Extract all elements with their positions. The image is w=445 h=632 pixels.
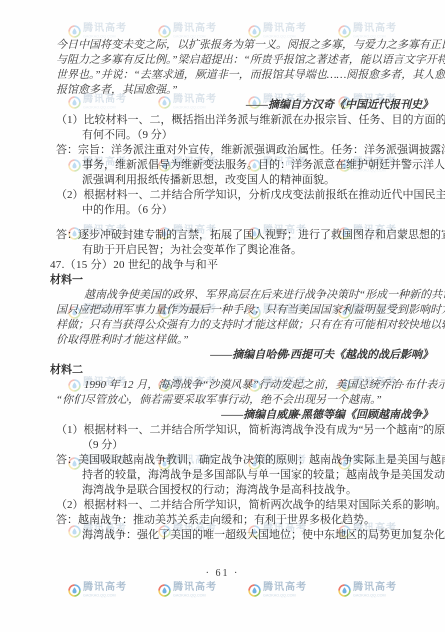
watermark: 腾讯高考 GAOKAO.QQ.COM xyxy=(158,583,226,600)
watermark: 腾讯高考 GAOKAO.QQ.COM xyxy=(248,583,316,600)
text-line: （1）根据材料一、二并结合所学知识，简析海湾战争没有成为“另一个越南”的原因。 xyxy=(56,423,435,438)
text-line: 事务，维新派倡导为维新变法服务。目的：洋务派意在维护朝廷并警示洋人，维新 xyxy=(82,158,435,173)
text-line: 答：美国吸取越南战争教训，确定战争决策的原则；越南战争实际上是美国与越南及其支 xyxy=(56,453,435,468)
text-line: 1990 年 12 月，海湾战争“沙漠风暴”行动发起之前，美国总统乔治·布什表示… xyxy=(84,378,435,393)
tencent-gaokao-logo-icon xyxy=(68,584,81,597)
watermark-domain: GAOKAO.QQ.COM xyxy=(353,594,386,598)
text-line: 报馆愈多者，其国愈强。” xyxy=(56,83,435,98)
text-line: 世界也。”并说：“去塞求通，厥道非一，而报馆其导端也……阅报愈多者，其人愈智； xyxy=(56,68,435,83)
watermark: 腾讯高考 GAOKAO.QQ.COM xyxy=(338,583,406,600)
watermark-brand: 腾讯高考 xyxy=(263,583,316,593)
tencent-gaokao-logo-icon xyxy=(248,584,261,597)
text-line: （9 分） xyxy=(82,438,435,453)
text-line: 今日中国将变未变之际，以扩张报务为第一义。阅报之多寡，与爱力之多寡有正比例； xyxy=(56,38,435,53)
watermark-domain: GAOKAO.QQ.COM xyxy=(173,594,206,598)
text-line: 持者的较量，海湾战争是多国部队与单一国家的较量；越南战争是美国发动的战争， xyxy=(82,468,435,483)
text-line: （2）根据材料一、二并结合所学知识，简析两次战争的结果对国际关系的影响。（6 分… xyxy=(56,498,435,513)
text-line: 47.（15 分）20 世纪的战争与和平 xyxy=(50,258,435,273)
watermark-domain: GAOKAO.QQ.COM xyxy=(263,594,296,598)
text-line: 材料一 xyxy=(50,273,435,288)
page-number: · 61 · xyxy=(0,568,445,579)
document-page: 腾讯高考 GAOKAO.QQ.COM 腾讯高考 GAOKAO.QQ.COM xyxy=(0,0,445,632)
text-line: 与阻力之多寡有反比例。”梁启超提出：“所贵乎报馆之著述者，能以语言文字开将来之 xyxy=(56,53,435,68)
text-line: （1）比较材料一、二，概括指出洋务派与维新派在办报宗旨、任务、目的方面的认识 xyxy=(56,113,435,128)
watermark-brand: 腾讯高考 xyxy=(173,583,226,593)
text-line: 答：宗旨：洋务派注重对外宣传，维新派强调政治属性。任务：洋务派强调披露洋人之 xyxy=(56,143,435,158)
text-line: 答：逐步冲破封建专制的言禁，拓展了国人视野；进行了救国图存和启蒙思想的宣传， xyxy=(56,228,435,243)
text-line: 样做；只有当获得公众强有力的支持时才能这样做；只有在有可能相对较快地以较小代 xyxy=(56,318,435,333)
text-line: ——摘编自方汉奇《中国近代报刊史》 xyxy=(48,98,433,113)
text-line: 有助于开启民智；为社会变革作了舆论准备。 xyxy=(82,243,435,258)
text-line: 越南战争使美国的政界、军界高层在后来进行战争决策时“形成一种新的共识：美 xyxy=(84,288,435,303)
tencent-gaokao-logo-icon xyxy=(338,584,351,597)
text-line: 派强调利用报纸传播新思想，改变国人的精神面貌。 xyxy=(82,173,435,188)
text-line: “你们尽管放心，倘若需要采取军事行动，绝不会出现另一个越南。” xyxy=(56,393,435,408)
text-line: 中的作用。（6 分） xyxy=(82,203,435,218)
watermark-domain: GAOKAO.QQ.COM xyxy=(83,594,116,598)
tencent-gaokao-logo-icon xyxy=(158,584,171,597)
text-line: 海湾战争：强化了美国的唯一超级大国地位；使中东地区的局势更加复杂化。 xyxy=(82,528,435,543)
text-line: （2）根据材料一、二并结合所学知识，分析戊戌变法前报纸在推动近代中国民主进程 xyxy=(56,188,435,203)
watermark-brand: 腾讯高考 xyxy=(83,583,136,593)
text-line: 有何不同。（9 分） xyxy=(82,128,435,143)
watermark-brand: 腾讯高考 xyxy=(353,583,406,593)
watermark: 腾讯高考 GAOKAO.QQ.COM xyxy=(68,583,136,600)
text-line: 价取得胜利时才能这样做。” xyxy=(56,333,435,348)
text-line: ——摘编自哈佛·西提可夫《越战的战后影响》 xyxy=(48,348,433,363)
document-content: 今日中国将变未变之际，以扩张报务为第一义。阅报之多寡，与爱力之多寡有正比例；与阻… xyxy=(0,0,445,543)
text-line: 材料二 xyxy=(50,363,435,378)
text-line: 国只应把动用军事力量作为最后一种手段；只有当美国国家利益明显受到影响时方可这 xyxy=(56,303,435,318)
text-line: ——摘编自威廉·黑德等编《回顾越南战争》 xyxy=(48,408,433,423)
text-line: 海湾战争是联合国授权的行动；海湾战争是高科技战争。 xyxy=(82,483,435,498)
text-line: 答：越南战争：推动美苏关系走向缓和；有利于世界多极化趋势。 xyxy=(56,513,435,528)
